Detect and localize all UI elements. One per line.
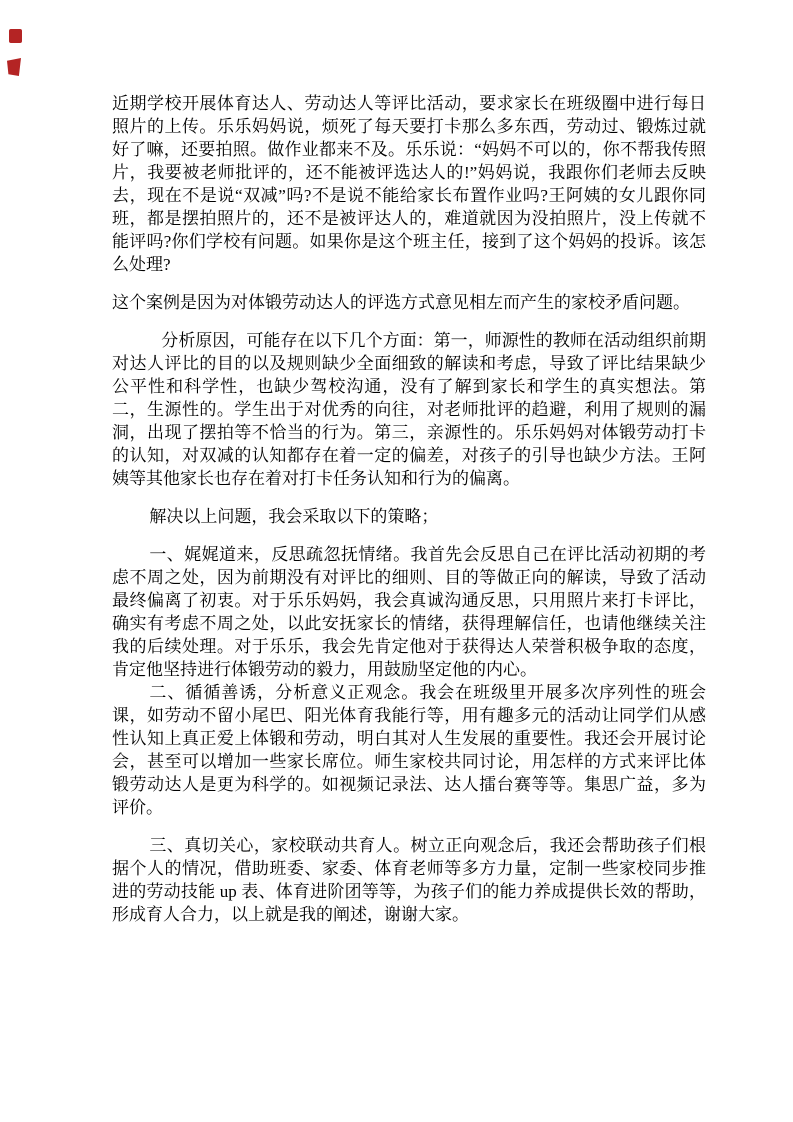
document-page: 近期学校开展体育达人、劳动达人等评比活动，要求家长在班级圈中进行每日照片的上传。… [0, 0, 793, 1122]
red-annotation-mark-icon [9, 29, 22, 43]
paragraph-cause-analysis: 分析原因，可能存在以下几个方面：第一，师源性的教师在活动组织前期对达人评比的目的… [112, 329, 706, 490]
paragraph-strategy-one: 一、娓娓道来，反思疏忽抚情绪。我首先会反思自己在评比活动初期的考虑不周之处，因为… [112, 543, 706, 681]
paragraph-strategy-three: 三、真切关心，家校联动共育人。树立正向观念后，我还会帮助孩子们根据个人的情况，借… [112, 834, 706, 926]
paragraph-case-summary: 这个案例是因为对体锻劳动达人的评选方式意见相左而产生的家校矛盾问题。 [112, 291, 706, 314]
paragraph-case-description: 近期学校开展体育达人、劳动达人等评比活动，要求家长在班级圈中进行每日照片的上传。… [112, 92, 706, 276]
paragraph-strategy-two: 二、循循善诱，分析意义正观念。我会在班级里开展多次序列性的班会课，如劳动不留小尾… [112, 681, 706, 819]
red-annotation-mark-icon [7, 58, 21, 76]
document-text-block: 近期学校开展体育达人、劳动达人等评比活动，要求家长在班级圈中进行每日照片的上传。… [112, 92, 706, 926]
paragraph-strategy-intro: 解决以上问题，我会采取以下的策略； [112, 505, 706, 528]
